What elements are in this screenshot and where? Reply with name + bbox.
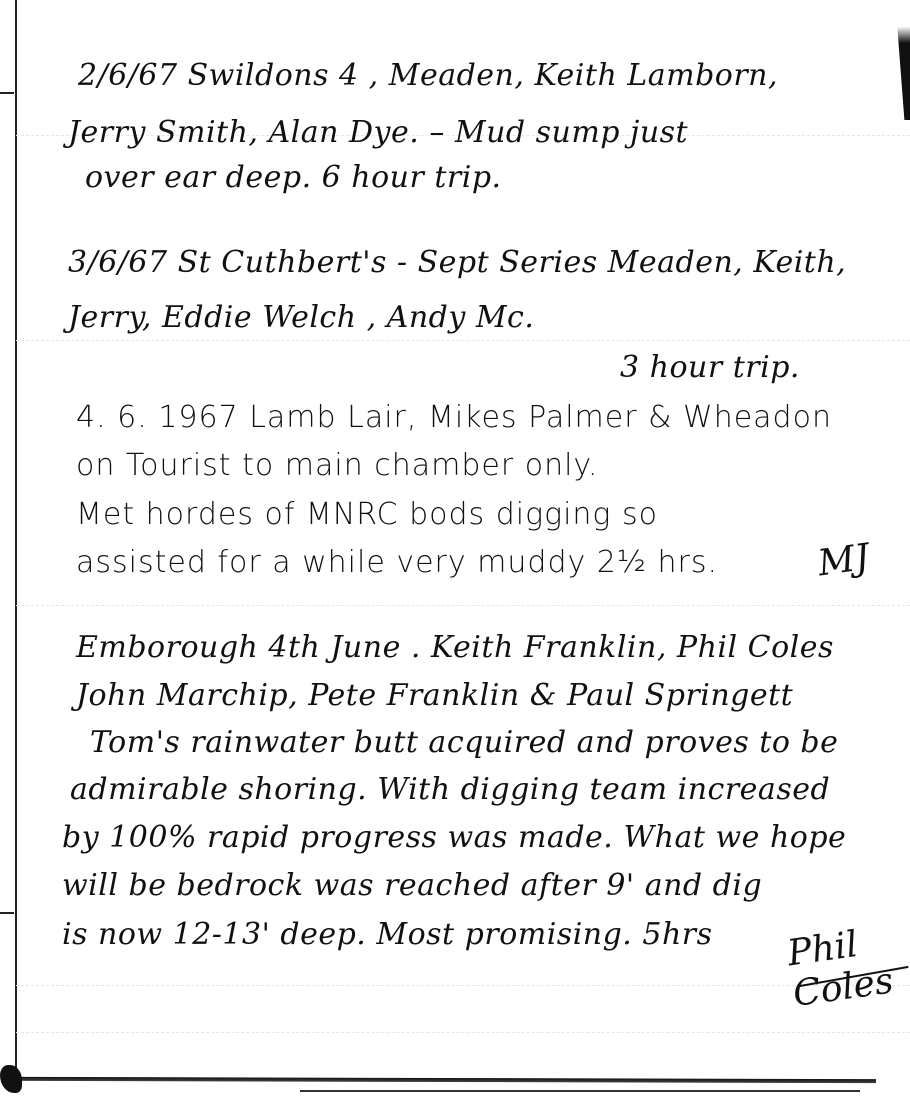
entry-line: Tom's rainwater butt acquired and proves… [90,725,838,760]
margin-tick [0,912,14,914]
entry-duration: 3 hour trip. [620,350,800,385]
entry-line: 3/6/67 St Cuthbert's - Sept Series Meade… [68,245,846,280]
entry-line: will be bedrock was reached after 9' and… [62,868,762,903]
signature: Phil Coles [785,917,910,1015]
entry-line: on Tourist to main chamber only. [76,448,598,483]
entry-line: by 100% rapid progress was made. What we… [62,820,846,855]
page-bottom-edge [16,1077,876,1083]
logbook-page: 2/6/67 Swildons 4 , Meaden, Keith Lambor… [0,0,910,1120]
margin-line [15,0,17,1080]
ruled-line [16,985,910,986]
page-bottom-edge [300,1090,860,1092]
entry-line: Jerry, Eddie Welch , Andy Mc. [68,300,534,335]
ruled-line [16,340,910,341]
margin-tick [0,92,14,94]
entry-line: Met hordes of MNRC bods digging so [76,497,658,532]
entry-line: assisted for a while very muddy 2½ hrs. [76,545,718,580]
entry-line: 2/6/67 Swildons 4 , Meaden, Keith Lambor… [78,58,778,93]
initials-signature: MJ [815,537,872,585]
entry-line: John Marchip, Pete Franklin & Paul Sprin… [76,678,793,713]
entry-line: over ear deep. 6 hour trip. [85,160,502,195]
ruled-line [16,605,910,606]
entry-line: 4. 6. 1967 Lamb Lair, Mikes Palmer & Whe… [76,400,832,435]
corner-ink-blot [0,1065,22,1093]
entry-line: Jerry Smith, Alan Dye. – Mud sump just [68,115,688,150]
entry-line: admirable shoring. With digging team inc… [70,772,830,807]
entry-line: is now 12-13' deep. Most promising. 5hrs [62,917,713,952]
ruled-line [16,1032,910,1033]
entry-line: Emborough 4th June . Keith Franklin, Phi… [76,630,834,665]
page-edge-mark [896,10,910,120]
